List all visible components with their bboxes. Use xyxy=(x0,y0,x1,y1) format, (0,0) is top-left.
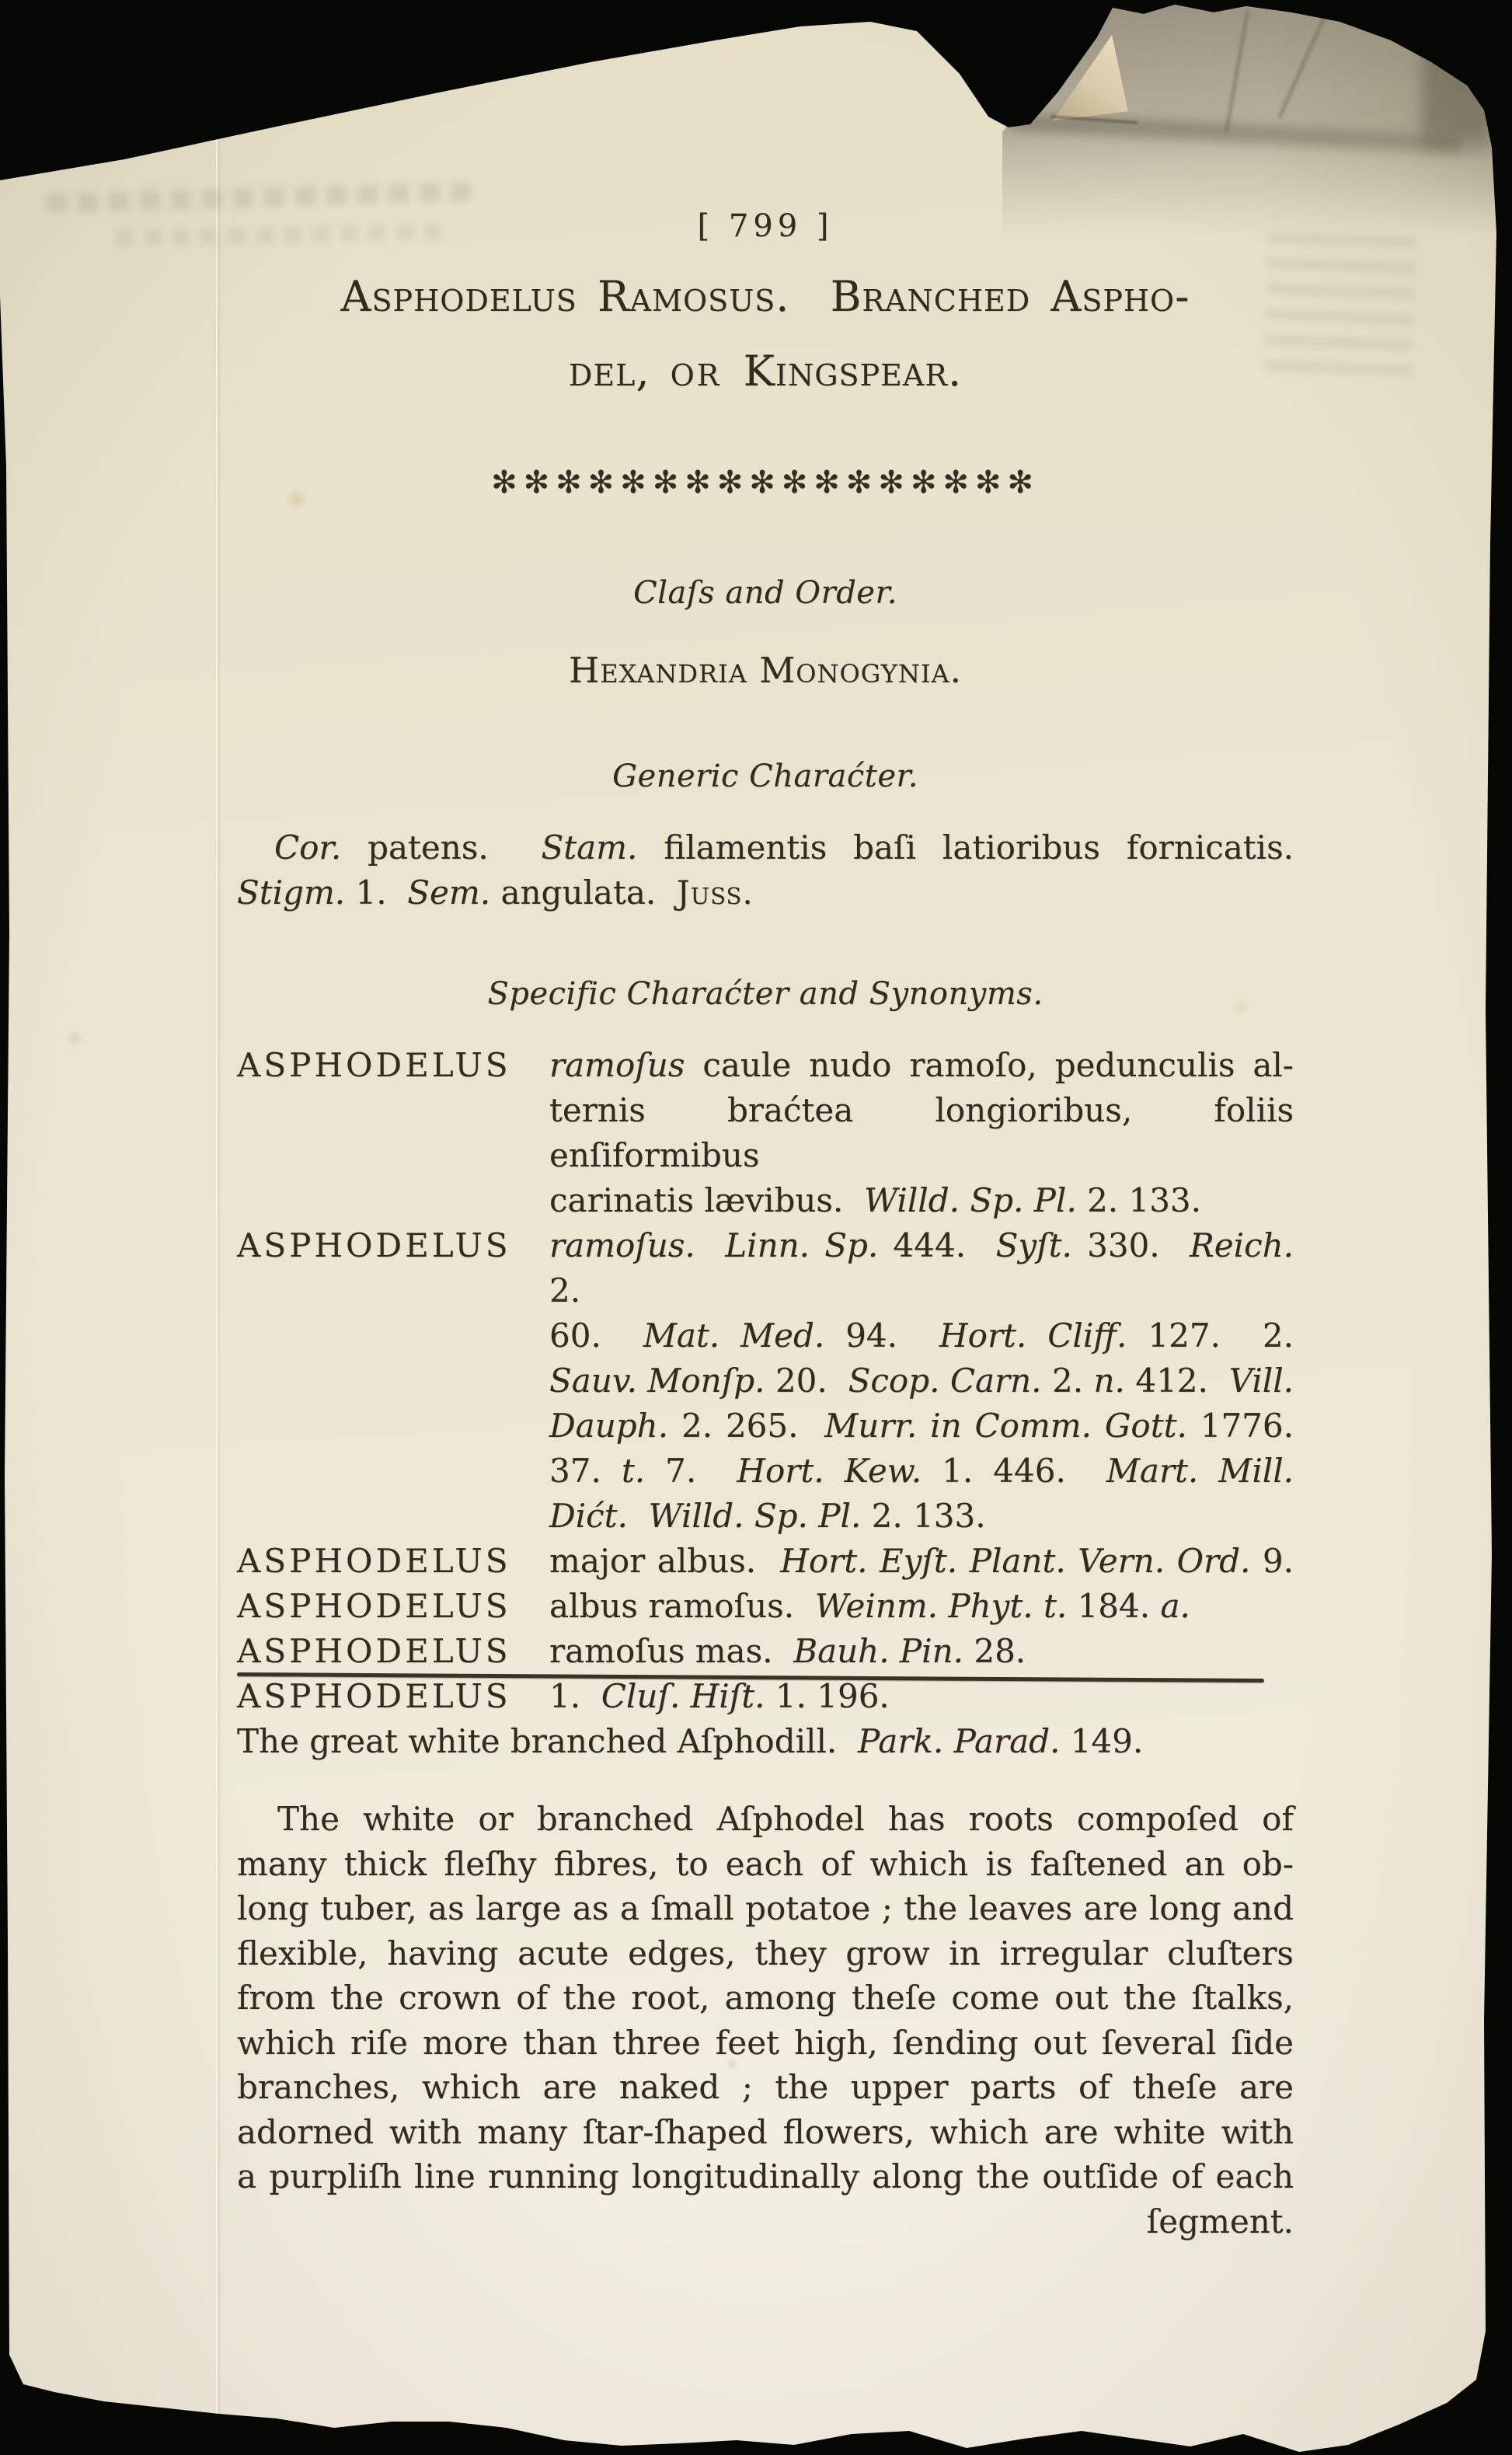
text-segment: or xyxy=(671,347,744,396)
text-segment: 1. xyxy=(549,1677,601,1715)
text-segment: Stigm. xyxy=(237,874,345,912)
text-segment: carinatis lævibus. xyxy=(549,1181,864,1219)
text-line: The white or branched Aſphodel has roots… xyxy=(237,1797,1294,1842)
text-segment: patens. xyxy=(341,828,541,867)
text-segment: Asphodelus Ramosus. Branched Aspho- xyxy=(341,272,1190,321)
text-segment: 2. xyxy=(549,1271,580,1309)
text-segment: 1. xyxy=(345,874,407,912)
entry-genus-label: ASPHODELUS xyxy=(237,1223,511,1268)
text-segment: Mat. Med. xyxy=(643,1316,824,1355)
text-segment: Hort. Kew. xyxy=(737,1452,921,1490)
text-segment: Syſt. xyxy=(996,1226,1072,1264)
text-line: carinatis lævibus. Willd. Sp. Pl. 2. 133… xyxy=(237,1178,1294,1223)
text-segment: ternis braćtea longioribus, foliis enſif… xyxy=(549,1091,1294,1174)
text-line: a purpliſh line running longitudinally a… xyxy=(237,2154,1294,2199)
text-segment: 60. xyxy=(549,1316,643,1355)
text-line: adorned with many ſtar-ſhaped flowers, w… xyxy=(237,2110,1294,2155)
text-segment: 127. 2. xyxy=(1127,1316,1294,1355)
text-segment: Juss. xyxy=(677,874,754,912)
text-segment: 1. 196. xyxy=(765,1677,889,1715)
text-segment: Mart. Mill. xyxy=(1106,1452,1294,1490)
text-segment: Dauph. xyxy=(549,1407,668,1445)
text-segment: Park. Parad. xyxy=(858,1722,1060,1760)
entry-genus-label: ASPHODELUS xyxy=(237,1539,511,1584)
text-segment: long tuber, as large as a ſmall potatoe … xyxy=(237,1889,1294,1927)
page-crease xyxy=(216,0,218,2455)
scan-background: [ 799 ] Asphodelus Ramosus. Branched Asp… xyxy=(0,0,1512,2455)
text-line: ASPHODELUSramoſus caule nudo ramoſo, ped… xyxy=(237,1043,1294,1088)
text-segment: Hexandria Monogynia. xyxy=(569,650,962,691)
text-segment: Kingspear. xyxy=(744,347,963,396)
text-segment: 28. xyxy=(963,1632,1026,1670)
text-line: ASPHODELUSmajor albus. Hort. Eyſt. Plant… xyxy=(237,1539,1294,1584)
title-line-2: del, or Kingspear. xyxy=(237,347,1294,396)
crease-streak xyxy=(1422,35,1492,152)
text-segment: caule nudo ramoſo, pedunculis al- xyxy=(685,1046,1294,1084)
text-segment: n. xyxy=(1094,1362,1125,1400)
text-segment: 444. xyxy=(878,1226,995,1264)
text-segment: ramoſus. Linn. Sp. xyxy=(549,1226,878,1264)
class-order-value: Hexandria Monogynia. xyxy=(237,650,1294,691)
text-segment: Willd. Sp. Pl. xyxy=(864,1181,1077,1219)
text-segment: Sem. xyxy=(407,874,490,912)
text-segment: 412. xyxy=(1125,1362,1229,1400)
text-segment: a purpliſh line running longitudinally a… xyxy=(237,2157,1294,2195)
text-segment: flexible, having acute edges, they grow … xyxy=(237,1934,1294,1972)
text-segment: Stam. xyxy=(541,828,637,867)
text-segment: Hort. Cliff. xyxy=(939,1316,1127,1355)
text-segment: 20. xyxy=(765,1362,848,1400)
text-segment: Murr. in Comm. Gott. xyxy=(824,1407,1187,1445)
text-segment: The white or branched Aſphodel has roots… xyxy=(277,1800,1294,1838)
text-line: long tuber, as large as a ſmall potatoe … xyxy=(237,1886,1294,1931)
text-segment: 1776. xyxy=(1187,1407,1294,1445)
synonyms-list: ASPHODELUSramoſus caule nudo ramoſo, ped… xyxy=(237,1043,1294,1764)
text-segment: 2. 133. xyxy=(861,1497,985,1535)
text-segment: Cor. xyxy=(274,828,341,867)
text-segment: t. xyxy=(622,1452,645,1490)
text-line: which riſe more than three feet high, ſe… xyxy=(237,2021,1294,2066)
text-segment: 2. xyxy=(1042,1362,1094,1400)
text-segment: 9. xyxy=(1250,1542,1294,1580)
text-segment: 1. 446. xyxy=(921,1452,1106,1490)
text-line: ternis braćtea longioribus, foliis enſif… xyxy=(237,1088,1294,1178)
text-line: many thick fleſhy fibres, to each of whi… xyxy=(237,1842,1294,1887)
text-segment: 184. xyxy=(1067,1587,1160,1625)
description-paragraph: The white or branched Aſphodel has roots… xyxy=(237,1797,1294,2244)
entry-genus-label: ASPHODELUS xyxy=(237,1629,511,1674)
text-segment: filamentis baſi latioribus fornicatis. xyxy=(637,828,1294,867)
ornament-row: ✻✻✻✻✻✻✻✻✻✻✻✻✻✻✻✻✻ xyxy=(237,465,1294,500)
text-line: ASPHODELUSalbus ramoſus. Weinm. Phyt. t.… xyxy=(237,1584,1294,1629)
text-segment: major albus. xyxy=(549,1542,780,1580)
text-line: Cor. patens. Stam. filamentis baſi latio… xyxy=(237,825,1294,870)
text-segment: Cluſ. Hiſt. xyxy=(601,1677,765,1715)
text-line: 60. Mat. Med. 94. Hort. Cliff. 127. 2. xyxy=(237,1313,1294,1358)
text-line: ASPHODELUSramoſus. Linn. Sp. 444. Syſt. … xyxy=(237,1223,1294,1313)
book-page: [ 799 ] Asphodelus Ramosus. Branched Asp… xyxy=(0,0,1512,2455)
text-segment: Sauv. Monſp. xyxy=(549,1362,765,1400)
page-content: [ 799 ] Asphodelus Ramosus. Branched Asp… xyxy=(237,0,1294,2455)
entry-genus-label: ASPHODELUS xyxy=(237,1043,511,1088)
text-line: from the crown of the root, among theſe … xyxy=(237,1976,1294,2021)
text-segment: The great white branched Aſphodill. xyxy=(237,1722,858,1760)
text-line: flexible, having acute edges, they grow … xyxy=(237,1931,1294,1976)
text-segment: 330. xyxy=(1072,1226,1190,1264)
title-line-1: Asphodelus Ramosus. Branched Aspho- xyxy=(237,272,1294,321)
entry-genus-label: ASPHODELUS xyxy=(237,1584,511,1629)
text-segment: which riſe more than three feet high, ſe… xyxy=(237,2024,1294,2062)
text-segment: Dićt. Willd. Sp. Pl. xyxy=(549,1497,861,1535)
specific-character-heading: Specific Charaćter and Synonyms. xyxy=(237,976,1294,1012)
text-segment: 94. xyxy=(824,1316,939,1355)
class-order-heading: Claſs and Order. xyxy=(237,575,1294,611)
text-segment: adorned with many ſtar-ſhaped flowers, w… xyxy=(237,2113,1294,2151)
text-segment: Vill. xyxy=(1229,1362,1294,1400)
text-segment: branches, which are naked ; the upper pa… xyxy=(237,2068,1294,2106)
text-segment: del, xyxy=(569,347,671,396)
text-segment: from the crown of the root, among theſe … xyxy=(237,1979,1294,2017)
text-line: Dauph. 2. 265. Murr. in Comm. Gott. 1776… xyxy=(237,1404,1294,1449)
text-segment: 149. xyxy=(1060,1722,1143,1760)
text-line: ſegment. xyxy=(237,2199,1294,2244)
text-line: Stigm. 1. Sem. angulata. Juss. xyxy=(237,870,1294,915)
text-segment: 7. xyxy=(645,1452,737,1490)
text-line: 37. t. 7. Hort. Kew. 1. 446. Mart. Mill. xyxy=(237,1449,1294,1494)
text-line: Sauv. Monſp. 20. Scop. Carn. 2. n. 412. … xyxy=(237,1358,1294,1404)
page-number: [ 799 ] xyxy=(237,208,1294,244)
text-segment: ſegment. xyxy=(1147,2202,1294,2241)
entry-genus-label: ASPHODELUS xyxy=(237,1674,511,1719)
text-line: branches, which are naked ; the upper pa… xyxy=(237,2065,1294,2110)
text-line: The great white branched Aſphodill. Park… xyxy=(237,1719,1294,1764)
text-segment: ramoſus mas. xyxy=(549,1632,793,1670)
text-line: ASPHODELUSramoſus mas. Bauh. Pin. 28. xyxy=(237,1629,1294,1674)
text-segment: many thick fleſhy fibres, to each of whi… xyxy=(237,1845,1294,1883)
text-segment: Hort. Eyſt. Plant. Vern. Ord. xyxy=(780,1542,1250,1580)
text-segment: Weinm. Phyt. t. xyxy=(815,1587,1067,1625)
text-segment: a. xyxy=(1160,1587,1190,1625)
text-segment: Bauh. Pin. xyxy=(793,1632,963,1670)
text-segment: 2. 265. xyxy=(668,1407,824,1445)
generic-character-body: Cor. patens. Stam. filamentis baſi latio… xyxy=(237,825,1294,915)
text-line: Dićt. Willd. Sp. Pl. 2. 133. xyxy=(237,1494,1294,1539)
text-segment: Scop. Carn. xyxy=(848,1362,1042,1400)
text-segment: albus ramoſus. xyxy=(549,1587,815,1625)
text-segment: 37. xyxy=(549,1452,622,1490)
text-segment: 2. 133. xyxy=(1077,1181,1201,1219)
text-segment: Reich. xyxy=(1190,1226,1294,1264)
text-segment: ramoſus xyxy=(549,1046,685,1084)
generic-character-heading: Generic Charaćter. xyxy=(237,758,1294,794)
text-segment: angulata. xyxy=(490,874,677,912)
